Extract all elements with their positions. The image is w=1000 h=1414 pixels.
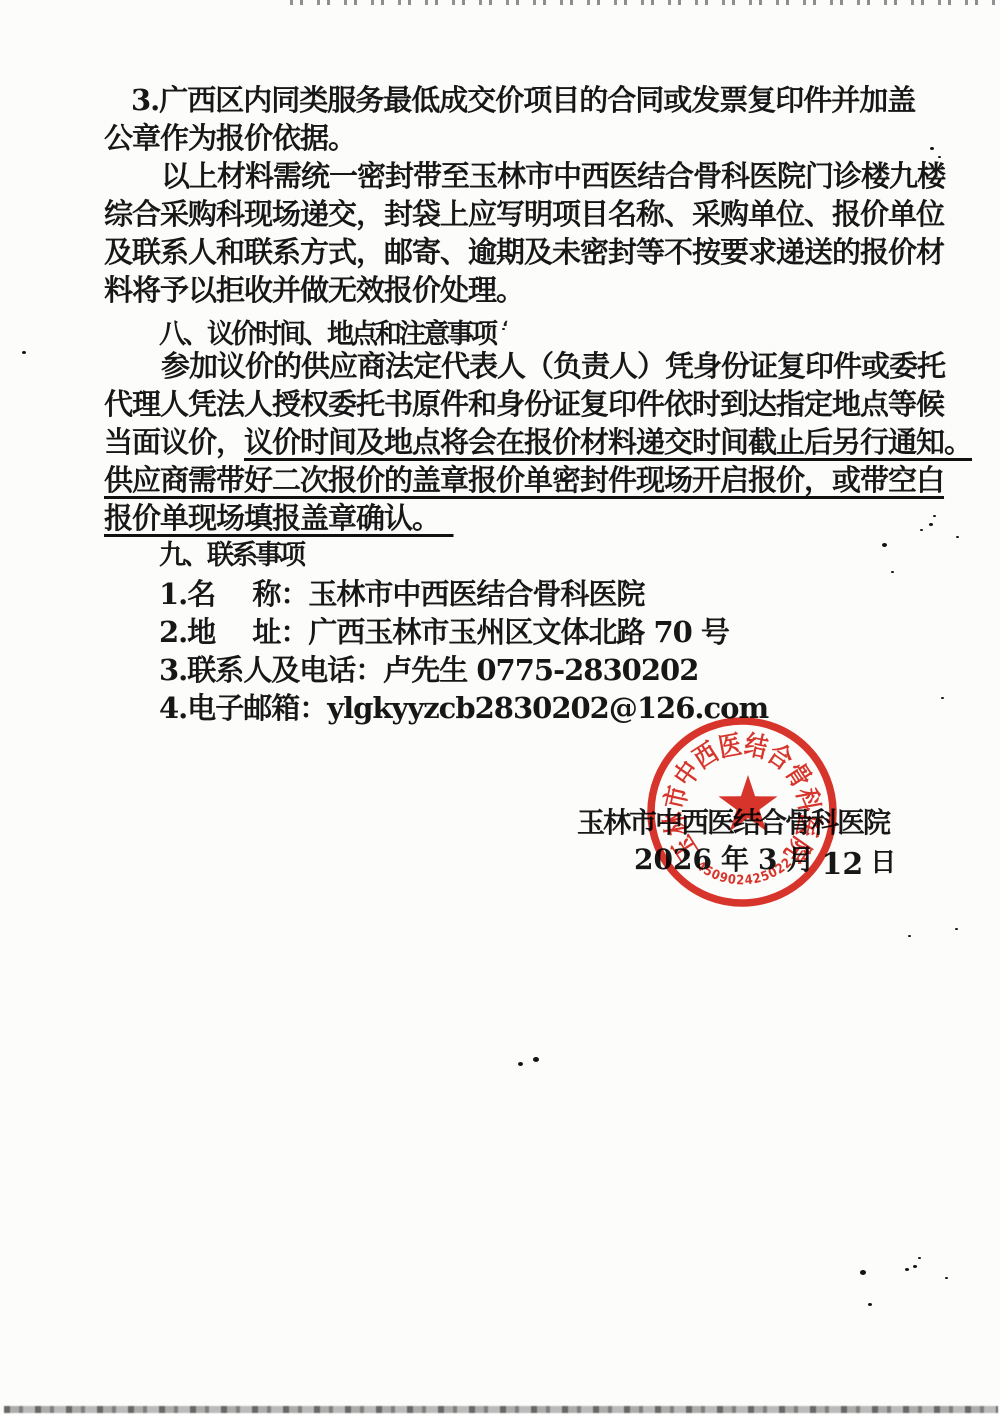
scan-speck [918, 1257, 921, 1259]
text-segment: 3.广西区内同类服务最低成交价项目的合同或发票复印件并加盖 [131, 83, 915, 117]
scan-speck [502, 328, 505, 330]
text-segment: 代理人凭法人授权委托书原件和身份证复印件依时到达指定地点等候 [104, 387, 944, 421]
scan-speck [868, 1303, 872, 1306]
text-line: 料将予以拒收并做无效报价处理。 [104, 271, 932, 309]
scan-speck [882, 543, 887, 547]
text-segment: 1.名 称：玉林市中西医结合骨科医院 [159, 577, 644, 611]
text-segment: 以上材料需统一密封带至玉林市中西医结合骨科医院门诊楼九楼 [161, 159, 945, 193]
scan-speck [920, 529, 923, 531]
text-line: 以上材料需统一密封带至玉林市中西医结合骨科医院门诊楼九楼 [104, 157, 932, 195]
text-segment: 料将予以拒收并做无效报价处理。 [104, 273, 524, 307]
date-day-unit: 日 [870, 842, 896, 879]
underlined-text: 议价时间及地点将会在报价材料递交时间截止后另行通知。 [244, 425, 972, 459]
scan-speck [930, 147, 934, 150]
text-line: 及联系人和联系方式，邮寄、逾期及未密封等不按要求递送的报价材 [104, 233, 932, 271]
scan-speck [956, 536, 959, 538]
official-red-seal: 玉林市中西医结合骨科医院 4509024250226 [610, 680, 874, 944]
section-heading: 八、议价时间、地点和注意事项ʻ [104, 309, 932, 347]
text-segment: 九、联系事项 [159, 540, 303, 571]
text-line: 公章作为报价依据。 [104, 119, 932, 157]
text-segment: 参加议价的供应商法定代表人（负责人）凭身份证复印件或委托 [161, 349, 945, 383]
scan-speck [905, 1268, 909, 1271]
text-line: 报价单现场填报盖章确认。 [104, 499, 932, 537]
text-line: 参加议价的供应商法定代表人（负责人）凭身份证复印件或委托 [104, 347, 932, 385]
text-segment: 综合采购科现场递交，封袋上应写明项目名称、采购单位、报价单位 [104, 197, 944, 231]
text-line: 3.广西区内同类服务最低成交价项目的合同或发票复印件并加盖 [104, 81, 932, 119]
text-segment: 及联系人和联系方式，邮寄、逾期及未密封等不按要求递送的报价材 [104, 235, 944, 269]
text-segment: 2.地 址：广西玉林市玉州区文体北路 70 号 [159, 615, 729, 649]
text-line: 代理人凭法人授权委托书原件和身份证复印件依时到达指定地点等候 [104, 385, 932, 423]
scan-speck [941, 697, 944, 699]
scan-speck [533, 1057, 539, 1062]
scan-speck [518, 1062, 523, 1066]
cut-off-text-bottom [4, 1406, 998, 1413]
scan-speck [860, 1270, 866, 1275]
text-segment: 八、议价时间、地点和注意事项 [159, 319, 495, 350]
document-lines: 3.广西区内同类服务最低成交价项目的合同或发票复印件并加盖公章作为报价依据。以上… [104, 81, 932, 727]
scan-speck [891, 571, 894, 573]
scan-speck [933, 515, 936, 517]
seal-star-icon [719, 775, 778, 831]
text-line: 综合采购科现场递交，封袋上应写明项目名称、采购单位、报价单位 [104, 195, 932, 233]
scan-speck [913, 1265, 917, 1268]
underlined-text: 供应商需带好二次报价的盖章报价单密封件现场开启报价，或带空白 [104, 463, 944, 497]
cut-off-text-top [290, 0, 996, 5]
text-line: 1.名 称：玉林市中西医结合骨科医院 [104, 575, 932, 613]
scan-speck [955, 928, 958, 930]
scan-speck [22, 351, 26, 354]
underlined-text: 报价单现场填报盖章确认。 [104, 501, 454, 535]
text-line: 供应商需带好二次报价的盖章报价单密封件现场开启报价，或带空白 [104, 461, 932, 499]
text-segment: 当面议价， [104, 425, 244, 459]
scanned-document-page: 3.广西区内同类服务最低成交价项目的合同或发票复印件并加盖公章作为报价依据。以上… [0, 0, 1000, 1414]
scan-speck [938, 156, 941, 158]
scan-speck [929, 523, 933, 526]
text-line: 当面议价，议价时间及地点将会在报价材料递交时间截止后另行通知。 [104, 423, 932, 461]
text-line: 2.地 址：广西玉林市玉州区文体北路 70 号 [104, 613, 932, 651]
scan-speck [945, 1277, 948, 1279]
scan-speck [908, 935, 911, 937]
section-heading: 九、联系事项 [104, 537, 932, 575]
text-segment: 公章作为报价依据。 [104, 121, 356, 155]
